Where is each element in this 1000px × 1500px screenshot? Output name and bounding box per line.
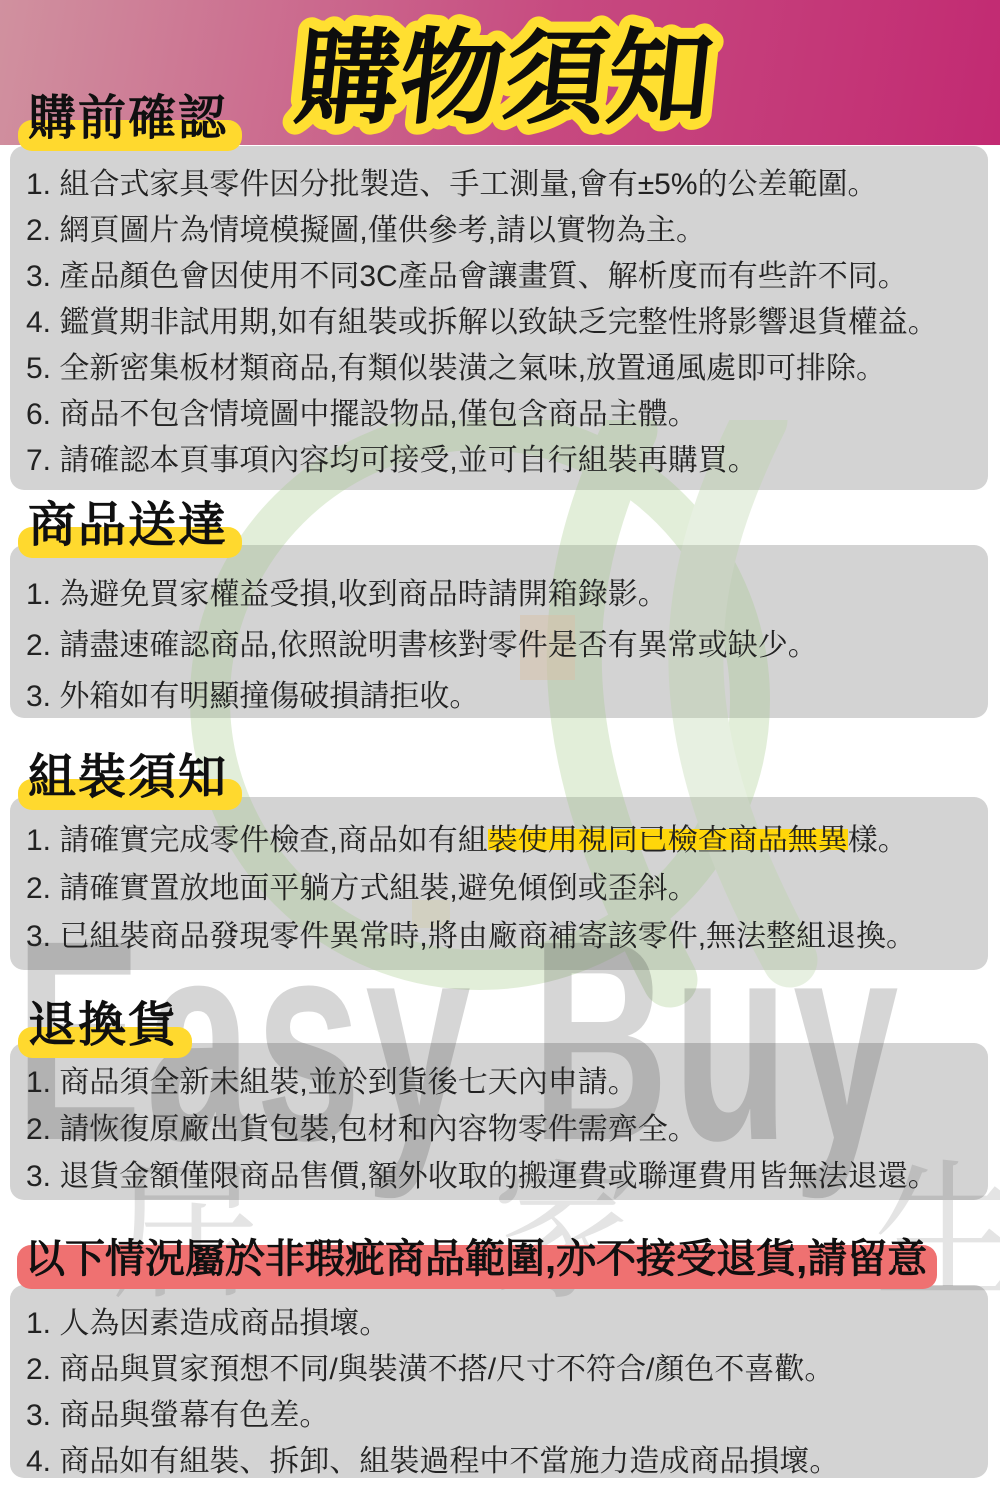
- notice-item: 2. 商品與買家預想不同/與裝潢不搭/尺寸不符合/顏色不喜歡。: [26, 1343, 988, 1389]
- notice-item: 3. 商品與螢幕有色差。: [26, 1389, 988, 1435]
- panel-pre-purchase: 1. 組合式家具零件因分批製造、手工測量,會有±5%的公差範圍。 2. 網頁圖片…: [10, 146, 988, 490]
- notice-item: 2. 請盡速確認商品,依照說明書核對零件是否有異常或缺少。: [26, 616, 988, 667]
- notice-item: 1. 組合式家具零件因分批製造、手工測量,會有±5%的公差範圍。: [26, 158, 988, 204]
- panel-non-defect: 1. 人為因素造成商品損壞。 2. 商品與買家預想不同/與裝潢不搭/尺寸不符合/…: [10, 1285, 988, 1478]
- shopping-notice-page: 購物須知 購前確認 1. 組合式家具零件因分批製造、手工測量,會有±5%的公差範…: [0, 0, 1000, 1500]
- section-heading-non-defect-warning: 以下情況屬於非瑕疵商品範圍,亦不接受退貨,請留意: [25, 1238, 927, 1281]
- notice-item: 4. 鑑賞期非試用期,如有組裝或拆解以致缺乏完整性將影響退貨權益。: [26, 296, 988, 342]
- svg-text:購物須知: 購物須知: [290, 21, 718, 137]
- notice-item: 1. 請確實完成零件檢查,商品如有組裝使用視同已檢查商品無異樣。: [26, 813, 988, 861]
- notice-item: 6. 商品不包含情境圖中擺設物品,僅包含商品主體。: [26, 388, 988, 434]
- notice-item: 5. 全新密集板材類商品,有類似裝潢之氣味,放置通風處即可排除。: [26, 342, 988, 388]
- section-heading-assembly: 組裝須知: [28, 752, 228, 804]
- notice-item: 2. 網頁圖片為情境模擬圖,僅供參考,請以實物為主。: [26, 204, 988, 250]
- section-heading-pre-purchase: 購前確認: [28, 93, 228, 145]
- notice-item: 3. 退貨金額僅限商品售價,額外收取的搬運費或聯運費用皆無法退還。: [26, 1149, 988, 1196]
- panel-assembly: 1. 請確實完成零件檢查,商品如有組裝使用視同已檢查商品無異樣。 2. 請確實置…: [10, 797, 988, 970]
- notice-item: 1. 商品須全新未組裝,並於到貨後七天內申請。: [26, 1055, 988, 1102]
- item-text-segment: 1. 請確實完成零件檢查,商品如有組: [26, 815, 488, 859]
- notice-item: 1. 為避免買家權益受損,收到商品時請開箱錄影。: [26, 565, 988, 616]
- panel-delivery: 1. 為避免買家權益受損,收到商品時請開箱錄影。 2. 請盡速確認商品,依照說明…: [10, 545, 988, 718]
- highlighted-text-segment: 裝使用視同已檢查商品無異: [488, 815, 848, 859]
- notice-item: 2. 請恢復原廠出貨包裝,包材和內容物零件需齊全。: [26, 1102, 988, 1149]
- section-heading-returns: 退換貨: [28, 1000, 178, 1052]
- notice-item: 3. 已組裝商品發現零件異常時,將由廠商補寄該零件,無法整組退換。: [26, 909, 988, 957]
- notice-item: 7. 請確認本頁事項內容均可接受,並可自行組裝再購買。: [26, 434, 988, 480]
- notice-item: 1. 人為因素造成商品損壞。: [26, 1297, 988, 1343]
- item-text-segment: 樣。: [848, 815, 908, 859]
- panel-returns: 1. 商品須全新未組裝,並於到貨後七天內申請。 2. 請恢復原廠出貨包裝,包材和…: [10, 1043, 988, 1200]
- notice-item: 3. 產品顏色會因使用不同3C產品會讓畫質、解析度而有些許不同。: [26, 250, 988, 296]
- page-title: 購物須知: [220, 2, 780, 144]
- notice-item: 2. 請確實置放地面平躺方式組裝,避免傾倒或歪斜。: [26, 861, 988, 909]
- section-heading-delivery: 商品送達: [28, 500, 228, 552]
- notice-item: 4. 商品如有組裝、拆卸、組裝過程中不當施力造成商品損壞。: [26, 1435, 988, 1481]
- notice-item: 3. 外箱如有明顯撞傷破損請拒收。: [26, 667, 988, 718]
